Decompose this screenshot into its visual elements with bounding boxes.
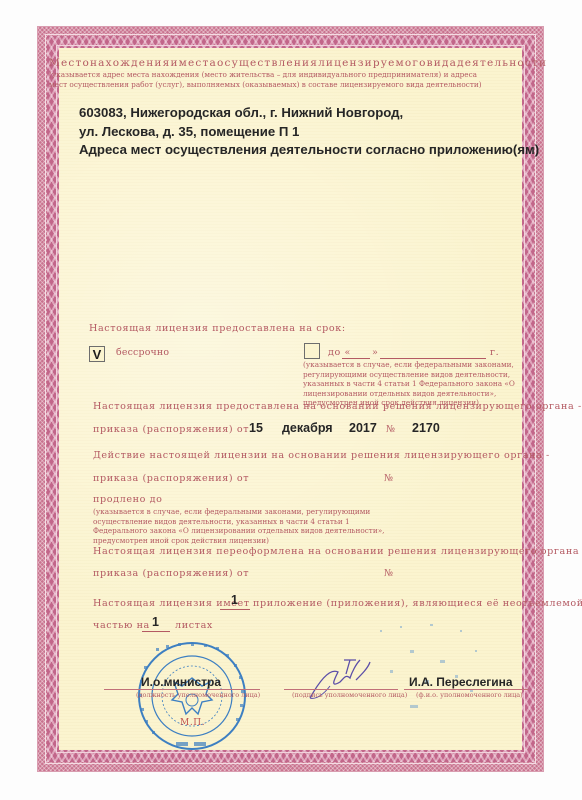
signatory-position: И.о.министра [141, 675, 221, 689]
title-word: и [170, 57, 178, 69]
reissued-label: Настоящая лицензия переоформлена на осно… [93, 546, 582, 557]
until-month-year-field[interactable] [380, 358, 486, 359]
signatory-name: И.А. Переслегина [409, 675, 513, 689]
term-label: Настоящая лицензия предоставлена на срок… [89, 323, 346, 334]
extended-until-label: продлено до [93, 494, 163, 505]
perpetual-checkbox[interactable]: V [89, 346, 105, 362]
appendices-middle: приложение (приложения), являющиеся её н… [253, 598, 582, 609]
until-mid: » [372, 347, 378, 358]
signature-caption: (подпись уполномоченного лица) [292, 691, 407, 699]
appendix-count-field [220, 609, 250, 610]
granted-label: Настоящая лицензия предоставлена на осно… [93, 401, 582, 412]
until-date-checkbox[interactable] [304, 343, 320, 359]
name-line [404, 689, 528, 690]
address-line-2: ул. Лескова, д. 35, помещение П 1 [79, 122, 403, 141]
signature-line [284, 689, 398, 690]
pages-count-field [142, 631, 170, 632]
stamp-place-label: М.П. [180, 718, 205, 728]
granted-day: 15 [249, 421, 263, 435]
faint-stamp-icon [370, 620, 490, 720]
title-word: нахождения [90, 57, 170, 69]
title-word: осуществления [217, 57, 318, 69]
granted-year: 2017 [349, 421, 377, 435]
location-note: (указывается адрес места нахождения (мес… [49, 70, 496, 90]
granted-number: 2170 [412, 421, 440, 435]
title-word: лицензируемого [318, 57, 427, 69]
title-word: деятельности [457, 57, 547, 69]
appendix-count: 1 [231, 593, 238, 607]
until-prefix: до « [328, 347, 351, 358]
title-word: вида [427, 57, 457, 69]
address-line-1: 603083, Нижегородская обл., г. Нижний Но… [79, 103, 403, 122]
granted-number-sign: № [386, 424, 396, 435]
position-caption: (должность уполномоченного лица) [136, 691, 260, 699]
extended-label: Действие настоящей лицензии на основании… [93, 450, 550, 461]
until-day-field[interactable] [342, 358, 370, 359]
until-suffix: г. [490, 347, 499, 358]
appendices-prefix: Настоящая лицензия имеет [93, 598, 250, 609]
address-block: 603083, Нижегородская обл., г. Нижний Но… [79, 103, 403, 141]
extended-note: (указывается в случае, если федеральными… [93, 507, 403, 545]
granted-order-label: приказа (распоряжения) от [93, 424, 249, 435]
perpetual-label: бессрочно [116, 347, 169, 358]
granted-month: декабря [282, 421, 333, 435]
title-word: Место [49, 57, 90, 69]
check-mark-icon: V [93, 347, 102, 362]
pages-count: 1 [152, 615, 159, 629]
pages-prefix: частью на [93, 620, 150, 631]
reissued-number-sign: № [384, 568, 394, 579]
name-caption: (ф.и.о. уполномоченного лица) [416, 691, 523, 699]
pages-suffix: листах [175, 620, 213, 631]
extended-number-sign: № [384, 473, 394, 484]
section-title-location: Место нахождения и места осуществления л… [49, 57, 496, 69]
reissued-order-label: приказа (распоряжения) от [93, 568, 249, 579]
position-line [104, 689, 260, 690]
title-word: места [179, 57, 217, 69]
places-of-activity: Адреса мест осуществления деятельности с… [79, 142, 539, 157]
extended-order-label: приказа (распоряжения) от [93, 473, 249, 484]
